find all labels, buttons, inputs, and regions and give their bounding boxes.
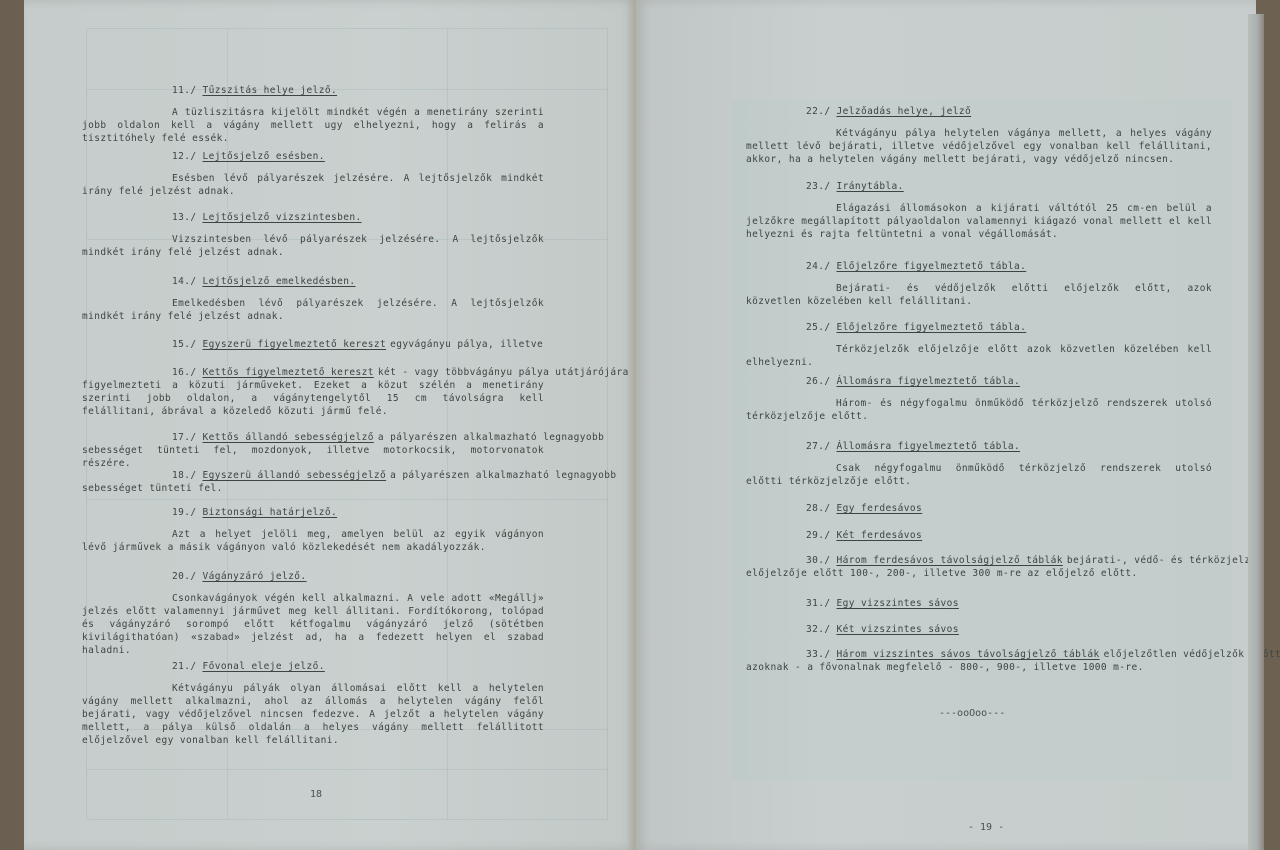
numbered-item: 14./Lejtősjelző emelkedésben.Emelkedésbe…	[82, 275, 544, 323]
item-body: Esésben lévő pályarészek jelzésére. A le…	[82, 172, 544, 198]
item-title: Lejtősjelző esésben.	[202, 151, 324, 162]
page-number: 18	[310, 789, 322, 800]
item-number: 23./	[806, 180, 830, 193]
item-number: 32./	[806, 623, 830, 636]
item-number: 16./	[172, 366, 196, 379]
numbered-item: 21./Fővonal eleje jelző.Kétvágányu pályá…	[82, 660, 544, 747]
item-heading: 23./Iránytábla.	[746, 180, 1212, 193]
item-body: sebességet tünteti fel, mozdonyok, illet…	[82, 444, 544, 470]
item-number: 33./	[806, 648, 830, 661]
right-page-text: 22./Jelzőadás helye, jelzőKétvágányu pál…	[636, 0, 1256, 850]
item-number: 12./	[172, 150, 196, 163]
numbered-item: 19./Biztonsági határjelző.Azt a helyet j…	[82, 506, 544, 554]
item-heading: 33./Három vizszintes sávos távolságjelző…	[746, 648, 1212, 661]
numbered-item: 18./Egyszerü állandó sebességjelzőa pály…	[82, 469, 544, 495]
item-heading: 12./Lejtősjelző esésben.	[82, 150, 544, 163]
item-title: Jelzőadás helye, jelző	[836, 106, 971, 117]
numbered-item: 11./Tűzszitás helye jelző.A tüzliszitásr…	[82, 84, 544, 145]
page-stack-edge	[1248, 14, 1264, 850]
item-number: 25./	[806, 321, 830, 334]
numbered-item: 24./Előjelzőre figyelmeztető tábla.Bejár…	[746, 260, 1212, 308]
item-number: 13./	[172, 211, 196, 224]
item-title: Három vizszintes sávos távolságjelző táb…	[836, 649, 1099, 660]
numbered-item: 29./Két ferdesávos	[746, 529, 1212, 542]
numbered-item: 13./Lejtősjelző vizszintesben.Vizszintes…	[82, 211, 544, 259]
item-title: Vágányzáró jelző.	[202, 571, 306, 582]
numbered-item: 28./Egy ferdesávos	[746, 502, 1212, 515]
item-number: 11./	[172, 84, 196, 97]
left-page-text: 11./Tűzszitás helye jelző.A tüzliszitásr…	[24, 0, 636, 850]
item-body: Térközjelzők előjelzője előtt azok közve…	[746, 343, 1212, 369]
item-title: Egy ferdesávos	[836, 503, 922, 514]
numbered-item: 27./Állomásra figyelmeztető tábla.Csak n…	[746, 440, 1212, 488]
numbered-item: 25./Előjelzőre figyelmeztető tábla.Térkö…	[746, 321, 1212, 369]
item-body: Elágazási állomásokon a kijárati váltótó…	[746, 202, 1212, 241]
numbered-item: 12./Lejtősjelző esésben.Esésben lévő pál…	[82, 150, 544, 198]
item-title: Kettős figyelmeztető kereszt	[202, 367, 373, 378]
item-heading: 17./Kettős állandó sebességjelzőa pályar…	[82, 431, 544, 444]
item-body: előjelzője előtt 100-, 200-, illetve 300…	[746, 567, 1212, 580]
item-title: Iránytábla.	[836, 181, 903, 192]
item-number: 29./	[806, 529, 830, 542]
numbered-item: 32./Két vizszintes sávos	[746, 623, 1212, 636]
item-number: 24./	[806, 260, 830, 273]
item-heading: 27./Állomásra figyelmeztető tábla.	[746, 440, 1212, 453]
item-inline-text: a pályarészen alkalmazható legnagyobb	[378, 432, 604, 443]
right-page: 22./Jelzőadás helye, jelzőKétvágányu pál…	[636, 0, 1256, 850]
item-title: Egyszerü állandó sebességjelző	[202, 470, 386, 481]
item-heading: 25./Előjelzőre figyelmeztető tábla.	[746, 321, 1212, 334]
item-body: Azt a helyet jelöli meg, amelyen belül a…	[82, 528, 544, 554]
item-number: 18./	[172, 469, 196, 482]
item-heading: 32./Két vizszintes sávos	[746, 623, 1212, 636]
item-body: Vizszintesben lévő pályarészek jelzésére…	[82, 233, 544, 259]
item-body: sebességet tünteti fel.	[82, 482, 544, 495]
item-inline-text: a pályarészen alkalmazható legnagyobb	[390, 470, 616, 481]
numbered-item: 26./Állomásra figyelmeztető tábla.Három-…	[746, 375, 1212, 423]
item-heading: 24./Előjelzőre figyelmeztető tábla.	[746, 260, 1212, 273]
item-heading: 30./Három ferdesávos távolságjelző táblá…	[746, 554, 1212, 567]
item-title: Egyszerü figyelmeztető kereszt	[202, 339, 386, 350]
item-title: Egy vizszintes sávos	[836, 598, 958, 609]
numbered-item: 17./Kettős állandó sebességjelzőa pályar…	[82, 431, 544, 470]
numbered-item: 16./Kettős figyelmeztető keresztkét - va…	[82, 366, 544, 418]
item-title: Előjelzőre figyelmeztető tábla.	[836, 322, 1026, 333]
page-number: - 19 -	[968, 822, 1004, 833]
item-title: Három ferdesávos távolságjelző táblák	[836, 555, 1062, 566]
item-inline-text: két - vagy többvágányu pálya utátjárójár…	[378, 367, 629, 378]
numbered-item: 23./Iránytábla.Elágazási állomásokon a k…	[746, 180, 1212, 241]
item-heading: 19./Biztonsági határjelző.	[82, 506, 544, 519]
numbered-item: 15./Egyszerü figyelmeztető keresztegyvág…	[82, 338, 544, 351]
item-heading: 16./Kettős figyelmeztető keresztkét - va…	[82, 366, 544, 379]
item-number: 19./	[172, 506, 196, 519]
item-title: Előjelzőre figyelmeztető tábla.	[836, 261, 1026, 272]
item-title: Biztonsági határjelző.	[202, 507, 337, 518]
item-title: Állomásra figyelmeztető tábla.	[836, 376, 1020, 387]
item-heading: 28./Egy ferdesávos	[746, 502, 1212, 515]
item-heading: 13./Lejtősjelző vizszintesben.	[82, 211, 544, 224]
item-number: 28./	[806, 502, 830, 515]
item-number: 15./	[172, 338, 196, 351]
item-heading: 20./Vágányzáró jelző.	[82, 570, 544, 583]
item-title: Két vizszintes sávos	[836, 624, 958, 635]
item-number: 17./	[172, 431, 196, 444]
item-title: Kettős állandó sebességjelző	[202, 432, 373, 443]
item-heading: 31./Egy vizszintes sávos	[746, 597, 1212, 610]
item-number: 27./	[806, 440, 830, 453]
item-body: Csonkavágányok végén kell alkalmazni. A …	[82, 592, 544, 657]
item-title: Állomásra figyelmeztető tábla.	[836, 441, 1020, 452]
numbered-item: 33./Három vizszintes sávos távolságjelző…	[746, 648, 1212, 674]
item-inline-text: bejárati-, védő- és térközjelzők	[1067, 555, 1263, 566]
left-page: 11./Tűzszitás helye jelző.A tüzliszitásr…	[24, 0, 636, 850]
item-number: 21./	[172, 660, 196, 673]
item-body: Csak négyfogalmu önműködő térközjelző re…	[746, 462, 1212, 488]
item-heading: 15./Egyszerü figyelmeztető keresztegyvág…	[82, 338, 544, 351]
end-ornament: ---ooOoo---	[939, 708, 1005, 719]
item-number: 22./	[806, 105, 830, 118]
item-heading: 18./Egyszerü állandó sebességjelzőa pály…	[82, 469, 544, 482]
item-body: Kétvágányu pályák olyan állomásai előtt …	[82, 682, 544, 747]
item-title: Két ferdesávos	[836, 530, 922, 541]
numbered-item: 20./Vágányzáró jelző.Csonkavágányok végé…	[82, 570, 544, 657]
item-body: Három- és négyfogalmu önműködő térközjel…	[746, 397, 1212, 423]
item-title: Lejtősjelző vizszintesben.	[202, 212, 361, 223]
item-heading: 14./Lejtősjelző emelkedésben.	[82, 275, 544, 288]
item-inline-text: egyvágányu pálya, illetve	[390, 339, 543, 350]
item-number: 14./	[172, 275, 196, 288]
item-heading: 21./Fővonal eleje jelző.	[82, 660, 544, 673]
item-body: A tüzliszitásra kijelölt mindkét végén a…	[82, 106, 544, 145]
item-title: Tűzszitás helye jelző.	[202, 85, 337, 96]
numbered-item: 31./Egy vizszintes sávos	[746, 597, 1212, 610]
item-number: 20./	[172, 570, 196, 583]
item-body: Kétvágányu pálya helytelen vágánya melle…	[746, 127, 1212, 166]
item-body: azoknak - a fővonalnak megfelelő - 800-,…	[746, 661, 1212, 674]
numbered-item: 30./Három ferdesávos távolságjelző táblá…	[746, 554, 1212, 580]
item-heading: 29./Két ferdesávos	[746, 529, 1212, 542]
item-number: 31./	[806, 597, 830, 610]
item-heading: 26./Állomásra figyelmeztető tábla.	[746, 375, 1212, 388]
item-title: Fővonal eleje jelző.	[202, 661, 324, 672]
item-heading: 11./Tűzszitás helye jelző.	[82, 84, 544, 97]
item-number: 26./	[806, 375, 830, 388]
numbered-item: 22./Jelzőadás helye, jelzőKétvágányu pál…	[746, 105, 1212, 166]
item-body: Bejárati- és védőjelzők előtti előjelzők…	[746, 282, 1212, 308]
item-number: 30./	[806, 554, 830, 567]
item-heading: 22./Jelzőadás helye, jelző	[746, 105, 1212, 118]
item-body: figyelmezteti a közuti járműveket. Ezeke…	[82, 379, 544, 418]
item-body: Emelkedésben lévő pályarészek jelzésére.…	[82, 297, 544, 323]
item-title: Lejtősjelző emelkedésben.	[202, 276, 355, 287]
